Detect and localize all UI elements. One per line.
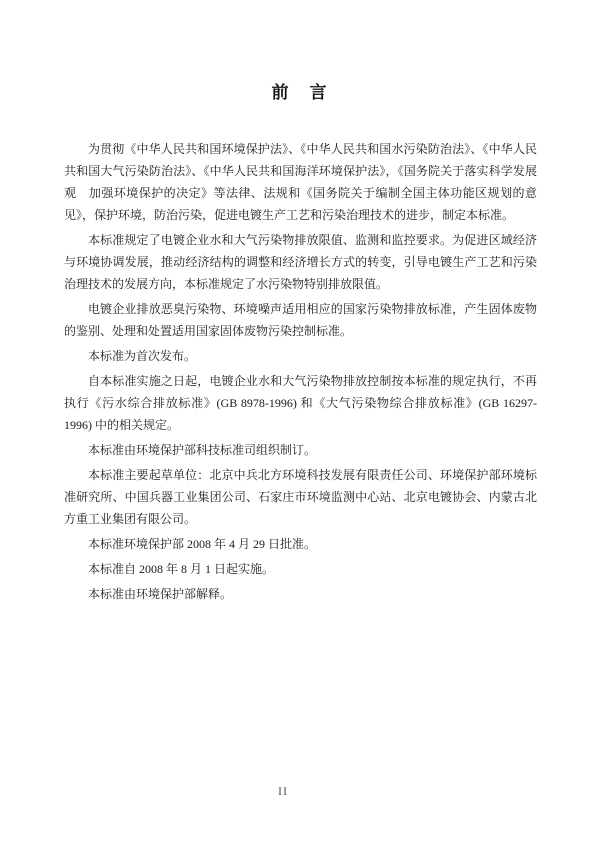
paragraph-purpose: 为贯彻《中华人民共和国环境保护法》、《中华人民共和国水污染防治法》、《中华人民共… [64,138,537,226]
paragraph-other-standards: 电镀企业排放恶臭污染物、环境噪声适用相应的国家污染物排放标准，产生固体废物的鉴别… [64,298,537,342]
paragraph-organizer: 本标准由环境保护部科技标准司组织制订。 [64,439,537,461]
paragraph-approval-date: 本标准环境保护部 2008 年 4 月 29 日批准。 [64,533,537,555]
paragraph-effective-date: 本标准自 2008 年 8 月 1 日起实施。 [64,558,537,580]
paragraph-drafting-units: 本标准主要起草单位：北京中兵北方环境科技发展有限责任公司、环境保护部环境标准研究… [64,464,537,530]
document-body: 为贯彻《中华人民共和国环境保护法》、《中华人民共和国水污染防治法》、《中华人民共… [64,138,537,605]
page-title: 前 言 [0,84,600,101]
page-number: II [0,784,566,799]
document-page: 前 言 为贯彻《中华人民共和国环境保护法》、《中华人民共和国水污染防治法》、《中… [0,0,600,848]
paragraph-first-issue: 本标准为首次发布。 [64,345,537,367]
paragraph-interpretation: 本标准由环境保护部解释。 [64,583,537,605]
paragraph-implementation: 自本标准实施之日起，电镀企业水和大气污染物排放控制按本标准的规定执行，不再执行《… [64,370,537,436]
paragraph-scope: 本标准规定了电镀企业水和大气污染物排放限值、监测和监控要求。为促进区域经济与环境… [64,229,537,295]
